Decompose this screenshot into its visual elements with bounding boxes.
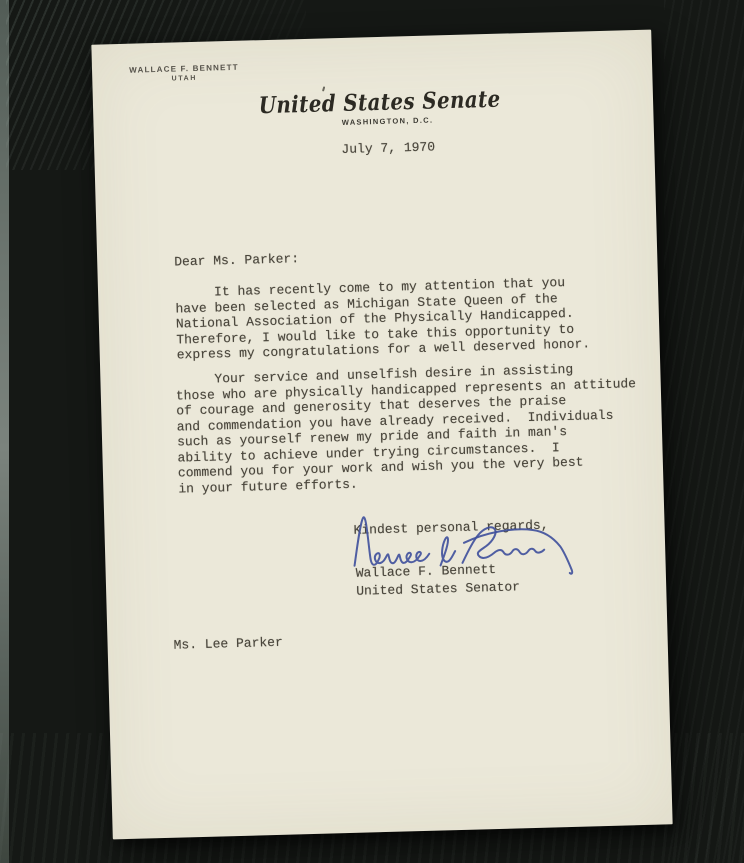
- recipient-name: Ms. Lee Parker: [173, 635, 283, 653]
- letterhead-sender-block: WALLACE F. BENNETT UTAH: [118, 62, 250, 84]
- sender-state: UTAH: [118, 73, 250, 84]
- paragraph-2: Your service and unselfish desire in ass…: [175, 360, 638, 496]
- signature-stroke-wallace: [353, 516, 429, 566]
- typed-signed-title: United States Senator: [356, 579, 520, 599]
- letter-date: July 7, 1970: [108, 133, 668, 164]
- photo-of-letter-on-desk: WALLACE F. BENNETT UTAH United States Se…: [0, 0, 744, 863]
- letter-paper: WALLACE F. BENNETT UTAH United States Se…: [91, 30, 672, 840]
- signature-stroke-f: [440, 537, 456, 565]
- salutation: Dear Ms. Parker:: [174, 251, 299, 270]
- paragraph-1: It has recently come to my attention tha…: [175, 274, 590, 363]
